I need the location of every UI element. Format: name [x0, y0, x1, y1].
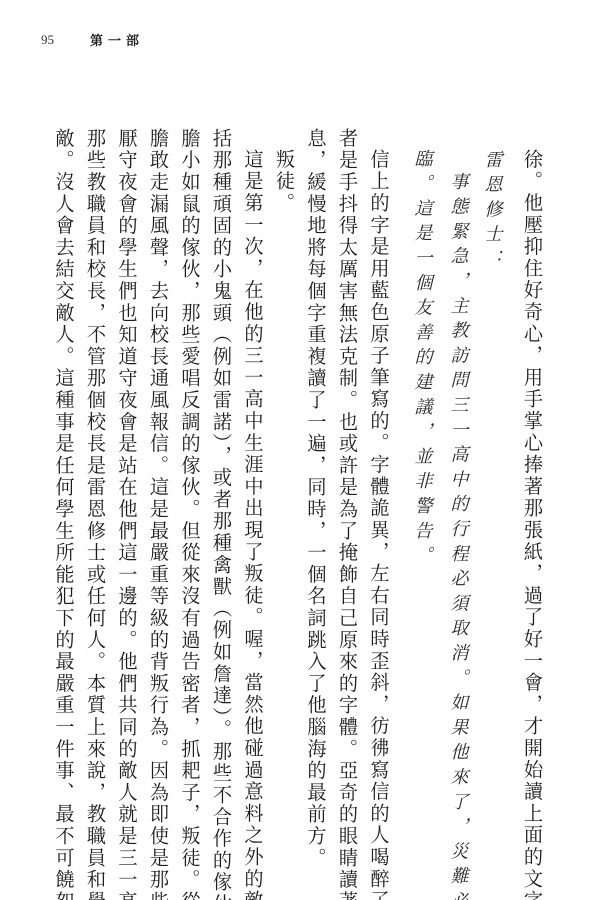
text-column: 厭守夜會的學生們也知道守夜會是站在他們這一邊的。他們共同的敵人就是三一高中本身、	[111, 128, 143, 818]
running-head: 95 第一部	[41, 30, 144, 49]
text-column: 者是手抖得太厲害無法克制。也或許是為了掩飾自己原來的字體。亞奇的眼睛讀著信中訊	[332, 128, 364, 818]
vertical-text-body: 徐。他壓抑住好奇心，用手掌心捧著那張紙，過了好一會，才開始讀上面的文字。 雷恩修…	[48, 128, 548, 818]
text-column: 膽敢走漏風聲，去向校長通風報信。這是最嚴重等級的背叛行為。因為即使是那些畏懼和討	[143, 128, 175, 818]
letter-body-line: 臨。這是一個友善的建議，並非警告。	[403, 128, 441, 818]
paragraph-start-column: 叛徒。	[269, 128, 301, 818]
text-column: 膽小如鼠的傢伙，那些愛唱反調的傢伙。但從來沒有過告密者，抓耙子，叛徒。從來沒有人	[174, 128, 206, 818]
letter-salutation: 雷恩修士：	[475, 128, 509, 818]
paragraph-start-column: 這是第一次，在他的三一高中生涯中出現了叛徒。喔，當然他碰過意料之外的敵人，包	[237, 128, 269, 818]
text-column: 敵。沒人會去結交敵人。這種事是任何學生所能犯下的最嚴重一件事、最不可饒恕的錯誤。	[48, 128, 80, 818]
text-column: 徐。他壓抑住好奇心，用手掌心捧著那張紙，過了好一會，才開始讀上面的文字。	[517, 128, 549, 818]
part-title: 第一部	[90, 30, 144, 49]
page-number: 95	[41, 32, 54, 48]
spacer	[395, 128, 403, 818]
text-column: 息，緩慢地將每個字重複讀了一遍，同時，一個名詞跳入了他腦海的最前方。	[300, 128, 332, 818]
spacer	[509, 128, 517, 818]
text-column: 括那種頑固的小鬼頭（例如雷諾），或者那種禽獸（例如詹達）。那些不合作的傢伙、那些	[206, 128, 238, 818]
text-column: 那些教職員和校長，不管那個校長是雷恩修士或任何人。本質上來說，教職員和學生就是天	[80, 128, 112, 818]
letter-body-line: 事態緊急，主教訪問三一高中的行程必須取消。如果他來了，災難必將降	[441, 128, 475, 818]
paragraph-start-column: 信上的字是用藍色原子筆寫的。字體詭異，左右同時歪斜，彷彿寫信的人喝醉了酒，或	[363, 128, 395, 818]
